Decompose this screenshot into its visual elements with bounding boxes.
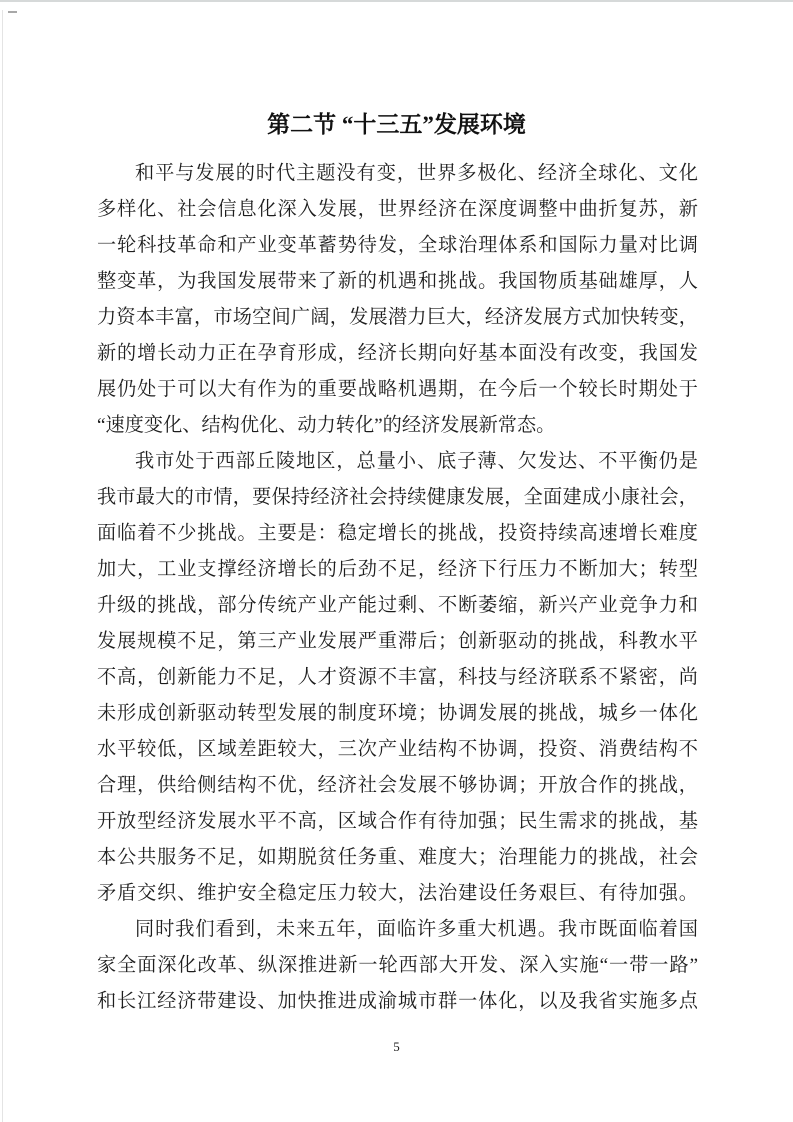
text-line: 和平与发展的时代主题没有变，世界多极化、经济全球化、文化 bbox=[97, 156, 698, 192]
text-line: 我市最大的市情，要保持经济社会持续健康发展，全面建成小康社会， bbox=[97, 480, 698, 516]
scan-edge-left-line bbox=[2, 10, 3, 1122]
text-line: 家全面深化改革、纵深推进新一轮西部大开发、深入实施“一带一路” bbox=[97, 948, 698, 984]
text-line: 整变革，为我国发展带来了新的机遇和挑战。我国物质基础雄厚，人 bbox=[97, 264, 698, 300]
text-line: 开放型经济发展水平不高，区域合作有待加强；民生需求的挑战，基 bbox=[97, 804, 698, 840]
text-line: 发展规模不足，第三产业发展严重滞后；创新驱动的挑战，科教水平 bbox=[97, 624, 698, 660]
text-line: 不高，创新能力不足，人才资源不丰富，科技与经济联系不紧密，尚 bbox=[97, 660, 698, 696]
text-line: 同时我们看到，未来五年，面临许多重大机遇。我市既面临着国 bbox=[97, 912, 698, 948]
text-line: “速度变化、结构优化、动力转化”的经济发展新常态。 bbox=[97, 408, 698, 444]
text-line: 合理，供给侧结构不优，经济社会发展不够协调；开放合作的挑战， bbox=[97, 768, 698, 804]
scan-artifact-dash bbox=[8, 11, 17, 13]
section-title: 第二节 “十三五”发展环境 bbox=[0, 109, 793, 141]
text-line: 力资本丰富，市场空间广阔，发展潜力巨大，经济发展方式加快转变， bbox=[97, 300, 698, 336]
text-line: 矛盾交织、维护安全稳定压力较大，法治建设任务艰巨、有待加强。 bbox=[97, 876, 698, 912]
document-body: 和平与发展的时代主题没有变，世界多极化、经济全球化、文化多样化、社会信息化深入发… bbox=[97, 156, 698, 1020]
text-line: 升级的挑战，部分传统产业产能过剩、不断萎缩，新兴产业竞争力和 bbox=[97, 588, 698, 624]
text-line: 和长江经济带建设、加快推进成渝城市群一体化，以及我省实施多点 bbox=[97, 984, 698, 1020]
text-line: 未形成创新驱动转型发展的制度环境；协调发展的挑战，城乡一体化 bbox=[97, 696, 698, 732]
text-line: 面临着不少挑战。主要是：稳定增长的挑战，投资持续高速增长难度 bbox=[97, 516, 698, 552]
text-line: 一轮科技革命和产业变革蓄势待发，全球治理体系和国际力量对比调 bbox=[97, 228, 698, 264]
text-line: 新的增长动力正在孕育形成，经济长期向好基本面没有改变，我国发 bbox=[97, 336, 698, 372]
page-number: 5 bbox=[393, 1039, 400, 1054]
text-line: 水平较低，区域差距较大，三次产业结构不协调，投资、消费结构不 bbox=[97, 732, 698, 768]
scan-edge-top-line bbox=[0, 0, 793, 2]
text-line: 我市处于西部丘陵地区，总量小、底子薄、欠发达、不平衡仍是 bbox=[97, 444, 698, 480]
text-line: 展仍处于可以大有作为的重要战略机遇期，在今后一个较长时期处于 bbox=[97, 372, 698, 408]
text-line: 本公共服务不足，如期脱贫任务重、难度大；治理能力的挑战，社会 bbox=[97, 840, 698, 876]
text-line: 多样化、社会信息化深入发展，世界经济在深度调整中曲折复苏，新 bbox=[97, 192, 698, 228]
document-page: 第二节 “十三五”发展环境 和平与发展的时代主题没有变，世界多极化、经济全球化、… bbox=[0, 0, 793, 1122]
text-line: 加大，工业支撑经济增长的后劲不足，经济下行压力不断加大；转型 bbox=[97, 552, 698, 588]
page-footer: 5 bbox=[0, 1038, 793, 1056]
